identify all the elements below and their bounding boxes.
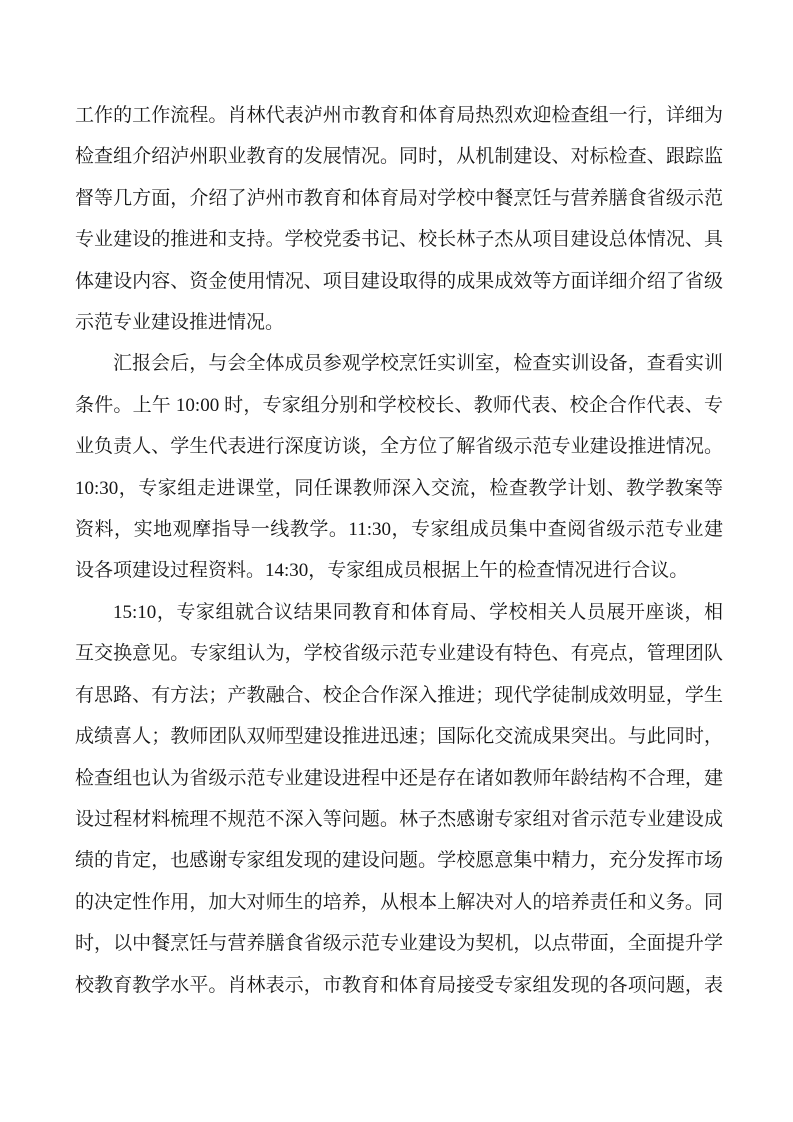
text-line: 时，以中餐烹饪与营养膳食省级示范专业建设为契机，以点带面，全面提升学	[75, 923, 723, 964]
document-page: 工作的工作流程。肖林代表泸州市教育和体育局热烈欢迎检查组一行，详细为 检查组介绍…	[0, 0, 793, 1122]
text-line: 条件。上午 10:00 时，专家组分别和学校校长、教师代表、校企合作代表、专	[75, 385, 723, 426]
text-line: 检查组介绍泸州职业教育的发展情况。同时，从机制建设、对标检查、跟踪监	[75, 136, 723, 177]
text-line: 有思路、有方法；产教融合、校企合作深入推进；现代学徒制成效明显，学生	[75, 675, 723, 716]
paragraph-1: 工作的工作流程。肖林代表泸州市教育和体育局热烈欢迎检查组一行，详细为 检查组介绍…	[75, 95, 723, 343]
document-body-text: 工作的工作流程。肖林代表泸州市教育和体育局热烈欢迎检查组一行，详细为 检查组介绍…	[75, 95, 723, 1006]
text-line: 15:10，专家组就合议结果同教育和体育局、学校相关人员展开座谈，相	[75, 592, 723, 633]
text-line: 设过程材料梳理不规范不深入等问题。林子杰感谢专家组对省示范专业建设成	[75, 799, 723, 840]
text-line: 互交换意见。专家组认为，学校省级示范专业建设有特色、有亮点，管理团队	[75, 633, 723, 674]
text-line: 资料，实地观摩指导一线教学。11:30，专家组成员集中查阅省级示范专业建	[75, 509, 723, 550]
text-line: 的决定性作用，加大对师生的培养，从根本上解决对人的培养责任和义务。同	[75, 882, 723, 923]
text-line: 10:30，专家组走进课堂，同任课教师深入交流，检查教学计划、教学教案等	[75, 468, 723, 509]
text-line: 检查组也认为省级示范专业建设进程中还是存在诸如教师年龄结构不合理，建	[75, 758, 723, 799]
text-line: 绩的肯定，也感谢专家组发现的建设问题。学校愿意集中精力，充分发挥市场	[75, 840, 723, 881]
text-line: 业负责人、学生代表进行深度访谈，全方位了解省级示范专业建设推进情况。	[75, 426, 723, 467]
text-line: 督等几方面，介绍了泸州市教育和体育局对学校中餐烹饪与营养膳食省级示范	[75, 178, 723, 219]
text-line: 专业建设的推进和支持。学校党委书记、校长林子杰从项目建设总体情况、具	[75, 219, 723, 260]
paragraph-2: 汇报会后，与会全体成员参观学校烹饪实训室，检查实训设备，查看实训 条件。上午 1…	[75, 343, 723, 591]
paragraph-3: 15:10，专家组就合议结果同教育和体育局、学校相关人员展开座谈，相 互交换意见…	[75, 592, 723, 1006]
text-line: 工作的工作流程。肖林代表泸州市教育和体育局热烈欢迎检查组一行，详细为	[75, 95, 723, 136]
text-line: 设各项建设过程资料。14:30，专家组成员根据上午的检查情况进行合议。	[75, 550, 723, 591]
text-line: 体建设内容、资金使用情况、项目建设取得的成果成效等方面详细介绍了省级	[75, 261, 723, 302]
text-line: 汇报会后，与会全体成员参观学校烹饪实训室，检查实训设备，查看实训	[75, 343, 723, 384]
text-line: 示范专业建设推进情况。	[75, 302, 723, 343]
text-line: 校教育教学水平。肖林表示，市教育和体育局接受专家组发现的各项问题，表	[75, 965, 723, 1006]
text-line: 成绩喜人；教师团队双师型建设推进迅速；国际化交流成果突出。与此同时，	[75, 716, 723, 757]
